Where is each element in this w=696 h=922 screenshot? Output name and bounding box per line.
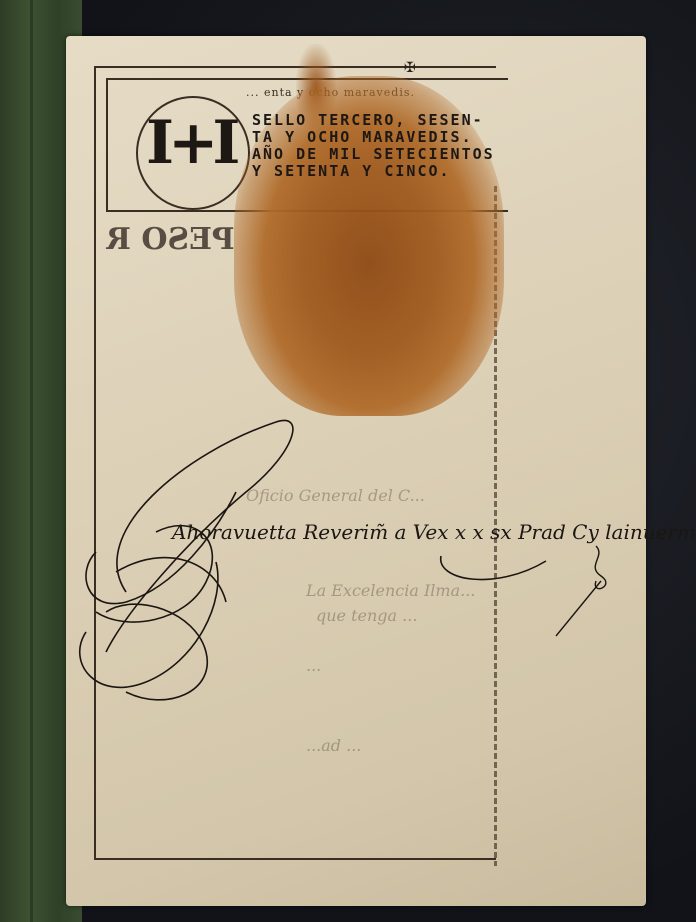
stamp-text: SELLO TERCERO, SESEN- TA Y OCHO MARAVEDI… (252, 112, 495, 180)
signature-rubric (546, 541, 626, 641)
stamp-line: SELLO TERCERO, SESEN- (252, 112, 495, 129)
faded-line: que tenga ... (316, 606, 417, 625)
mirrored-price-stamp: PESO R (106, 222, 235, 257)
calligraphic-flourish (66, 412, 326, 732)
stamp-line: Y SETENTA Y CINCO. (252, 163, 495, 180)
faded-line: ...ad ... (306, 736, 361, 755)
stamp-line: TA Y OCHO MARAVEDIS. (252, 129, 495, 146)
underline-swash (436, 551, 556, 591)
seal-mark: I+I (146, 108, 234, 178)
stamp-line: AÑO DE MIL SETECIENTOS (252, 146, 495, 163)
cross-icon: ✠ (404, 60, 416, 76)
document-page: I+I ✠ ... enta y ocho maravedis. SELLO T… (66, 36, 646, 906)
